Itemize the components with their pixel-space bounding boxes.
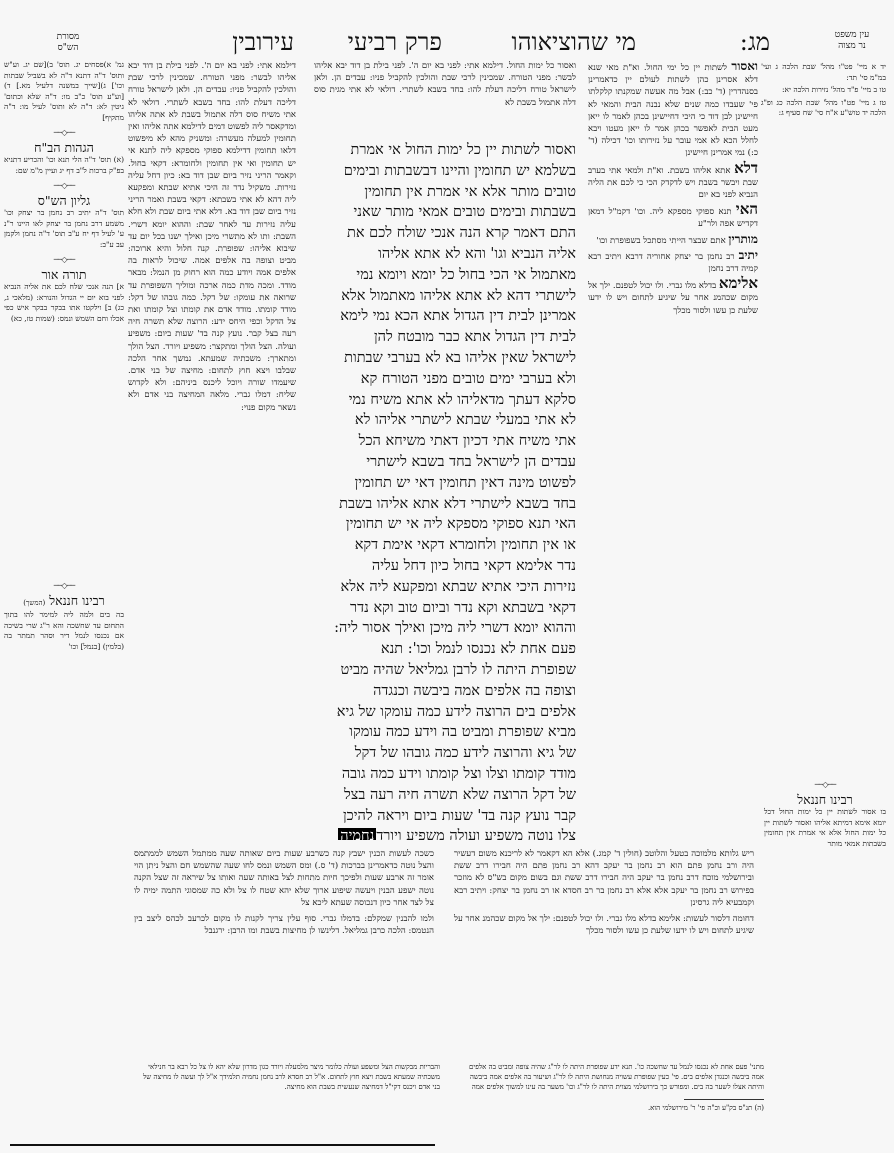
gemara-line: לא אתי במעלי שבתא לישתרי אליהו לא: [314, 410, 576, 431]
rashi-top-block: ואסור כל ימות החול. דילמא אתי: לפני בא י…: [314, 60, 576, 140]
hagahot-heading: הגהות הב"ח: [4, 143, 124, 154]
gemara-line: מודד קומתו וצלו וצל קומתו וידע כמה גובה: [314, 764, 576, 785]
gilyon-text: תוס' ד"ה יתיב רב נחמן בר יצחק וכו' משמע …: [4, 208, 124, 250]
perek-label: פרק רביעי: [348, 28, 442, 57]
hagahot-text: (א) תוס' ד"ה הלי תנא וכו' והכריע דתניא ב…: [4, 155, 124, 176]
masoret-hashas-label: מסורת הש"ס: [38, 32, 98, 54]
rabbeinu-chananel-text: בו אסור לשתות יין כל ימות החול דכל יומא …: [764, 807, 886, 849]
rashi-bottom: כשכה לעשות הכנין ישבץ קנה כשרבע שעות ביו…: [134, 848, 434, 909]
gemara-line: לבית דין הגדול אתא כבר מובטח להן: [314, 327, 576, 348]
gemara-line: מאתמול אי הכי בחול כל יומא ויומא נמי: [314, 265, 576, 286]
gemara-line: בשלמא יש תחומין והיינו דבשבתות ובימים: [314, 161, 576, 182]
tosafot-lead-word: ואסור: [731, 60, 758, 73]
gemara-line: טובים מותר אלא אי אמרת אין תחומין: [314, 182, 576, 203]
rabbeinu-chananel-text: בה בים ולמה ליה למימר להו בתוך התחום עד …: [4, 610, 124, 652]
footnote-divider: [684, 1099, 764, 1100]
tosafot-lead-word: מותרין: [728, 232, 758, 246]
tosafot-lead-word: אלימא: [719, 274, 758, 292]
tosafot-bottom-cont: דחומה דלסור לעשות: אלימא בדלא מלו גברי. …: [454, 913, 754, 937]
tosafot-bottom: ריש גלותא מלמוכה בטעל והלוטב (חולין ד' ק…: [454, 848, 754, 909]
highlighted-word[interactable]: נחמיה: [338, 828, 376, 840]
chapter-name: מי שהוציאוהו: [512, 28, 636, 57]
gemara-line: בחד בשבא לישתרי דלא אתא אליהו בשבת: [314, 494, 576, 515]
gemara-line: סלקא דעתך מדאליהו לא אתא משיח נמי: [314, 390, 576, 411]
tosafot-text: רב נחמן בר יצחק אחוריה דרבא ויתיב רבא קמ…: [588, 252, 758, 274]
gemara-line: ואסור לשתות יין כל ימות החול אי אמרת: [314, 140, 576, 161]
gemara-line: אליה הנביא וגו' והא לא אתא אליהו: [314, 244, 576, 265]
rabbeinu-chananel-heading: רבינו חננאל (המשך): [4, 596, 124, 609]
rabbeinu-chananel-right: ──◇── רבינו חננאל בו אסור לשתות יין כל י…: [764, 775, 886, 1075]
torah-or-heading: תורה אור: [4, 270, 124, 281]
rashi-text: ואסור כל ימות החול. דילמא אתי: לפני בא י…: [314, 60, 576, 109]
tosafot-text: לשתות יין כל ימי החול. וא"ת מאי שנא דלא …: [588, 63, 758, 158]
tosafot-lead-word: האי: [736, 200, 758, 218]
gemara-line: האי תנא ספוקי מספקא ליה אי יש תחומין: [314, 514, 576, 535]
gemara-line: אמרינן לבית דין הגדול אתא הכא נמי לימא: [314, 306, 576, 327]
gemara-line: לישתרי דהא לא אתא אליהו מאתמול אלא: [314, 286, 576, 307]
daf-number: מג:: [740, 28, 770, 57]
gemara-line: וההוא יומא דשרי ליה מיכן ואילך אסור ליה:: [314, 618, 576, 639]
tosafot-lead-word: דלא: [734, 159, 758, 177]
rashi-bottom-cont: ולמו להבנין שמקלם: בדמלו גברי. סוף עלין …: [134, 913, 434, 937]
rashi-text: דילמא אתי: לפני בא יום ה'. לפני בילת בן …: [128, 60, 296, 414]
page-footer: מתני' פעם אחת לא נכנסו לנמל עד שחשכה כו'…: [130, 1062, 764, 1092]
torah-or-text: א] הנה אנכי שלח לכם את אליה הנביא לפני ב…: [4, 282, 124, 324]
gemara-line: ולא בערבי ימים טובים מפני הטורח קא: [314, 369, 576, 390]
ein-mishpat-entry: טז ג מיי' פט"ו מהל' שבת הלכה כג ופ"ג הלכ…: [761, 98, 886, 119]
ornament-divider: ──◇──: [4, 128, 124, 139]
ein-mishpat-label: עין משפט נר מצוה: [822, 30, 882, 52]
ornament-divider: ──◇──: [4, 255, 124, 266]
ein-mishpat-column: יד א מיי' פט"ו מהל' שבת הלכה ג ועי' במ"מ…: [761, 62, 886, 121]
gemara-line: אתי משיח אתי דכיון דאתי משיחא הכל: [314, 431, 576, 452]
page-header: עין משפט נר מצוה מג: מי שהוציאוהו פרק רב…: [0, 30, 894, 60]
gemara-line: התם דאמר קרא הנה אנכי שולח לכם את: [314, 223, 576, 244]
rabbeinu-chananel-heading: רבינו חננאל: [764, 795, 886, 806]
gemara-line: מביא שפופרת ומביט בה וידע כמה עומקו: [314, 722, 576, 743]
ein-mishpat-entry: יד א מיי' פט"ו מהל' שבת הלכה ג ועי' במ"מ…: [761, 62, 886, 83]
gemara-line: או אין תחומין ולחומרא דקאי אימת דקא: [314, 535, 576, 556]
gemara-line: עבדים הן לישראל בחד בשבא לישתרי: [314, 452, 576, 473]
bottom-commentary: ריש גלותא מלמוכה בטעל והלוטב (חולין ד' ק…: [126, 848, 754, 937]
footer-right-text: מתני' פעם אחת לא נכנסו לנמל עד שחשכה כו'…: [464, 1062, 764, 1092]
gemara-line: לפשוט מינה דאין תחומין דאי יש תחומין: [314, 473, 576, 494]
tractate-title: עירובין: [232, 28, 294, 57]
tosafot-text: אתא אליהו בשבת. וא"ת ולמאי אתי בערב שבת …: [588, 166, 758, 200]
gemara-line: וצופה בה אלפים אמה ביבשה וכנגדה: [314, 681, 576, 702]
tosafot-lead-word: יתיב: [739, 248, 758, 262]
rashi-column: דילמא אתי: לפני בא יום ה'. לפני בילת בן …: [128, 60, 296, 850]
ornament-divider: ──◇──: [4, 181, 124, 192]
gemara-line: לישראל שאין אליהו בא לא בערבי שבתות: [314, 348, 576, 369]
gemara-line: נדר אלימא דקאי בחול כיון דחל עליה: [314, 556, 576, 577]
gemara-line: פעם אחת לא נכנסו לנמל וכו': תנא: [314, 639, 576, 660]
gemara-line: בשבתות ובימים טובים אמאי מותר שאני: [314, 202, 576, 223]
ein-mishpat-entry: טו ב מיי' פ"ד מהל' נזירות הלכה יא:: [761, 85, 886, 96]
tosafot-column: ואסור לשתות יין כל ימי החול. וא"ת מאי שנ…: [588, 60, 758, 850]
ornament-divider: ──◇──: [4, 581, 124, 592]
gemara-line: דקאי בשבתא וקא נדר וביום טוב וקא נדר: [314, 598, 576, 619]
ornament-divider: ──◇──: [764, 780, 886, 791]
footnote: (ה) תנ"ס בק"ע וכ"ה פי' ר' מירושלמי הוא.: [464, 1104, 764, 1112]
page-bottom-rule: [10, 1144, 435, 1146]
gemara-line: קבר נועץ קנה בד' שעות ביום ויראה להיכן: [314, 806, 576, 827]
gilyon-heading: גליון הש"ס: [4, 196, 124, 207]
gemara-line: נזירות היכי אתיא שבתא ומפקעא ליה אלא: [314, 577, 576, 598]
tosafot-text: אתם שבצר הייתי מסתכל בשפופרת וכו': [597, 236, 726, 246]
gemara-line: אלפים בים הרוצה לידע כמה עומקו של גיא: [314, 702, 576, 723]
talmud-page: עין משפט נר מצוה מג: מי שהוציאוהו פרק רב…: [0, 0, 894, 1153]
gemara-line: שפופרת היתה לו לרבן גמליאל שהיה מביט: [314, 660, 576, 681]
gemara-line: של דקל הרוצה שלא תשרה חיה רעה בצל: [314, 785, 576, 806]
gemara-line: צלו נוטה משפיע ועולה משפיע ויורדנחמיה: [314, 826, 576, 840]
footer-left-text: והבריות מבקשות הצל ומשפע ועולה כלומר מיצ…: [140, 1062, 440, 1092]
tosafot-text: תנא ספוקי מספקא ליה. וכו' דקמ"ל דמאן דקד…: [588, 207, 758, 229]
gemara-line: של גיא והרוצה לידע כמה גובהו של דקל: [314, 743, 576, 764]
masoret-hashas-notes: גמ' א)פסחים יג. תוס' ב)[שם יג. וע"ש ותוס…: [4, 60, 124, 123]
left-margin-column: גמ' א)פסחים יג. תוס' ב)[שם יג. וע"ש ותוס…: [4, 60, 124, 1060]
gemara-main-text: ואסור לשתות יין כל ימות החול אי אמרת בשל…: [314, 140, 576, 840]
